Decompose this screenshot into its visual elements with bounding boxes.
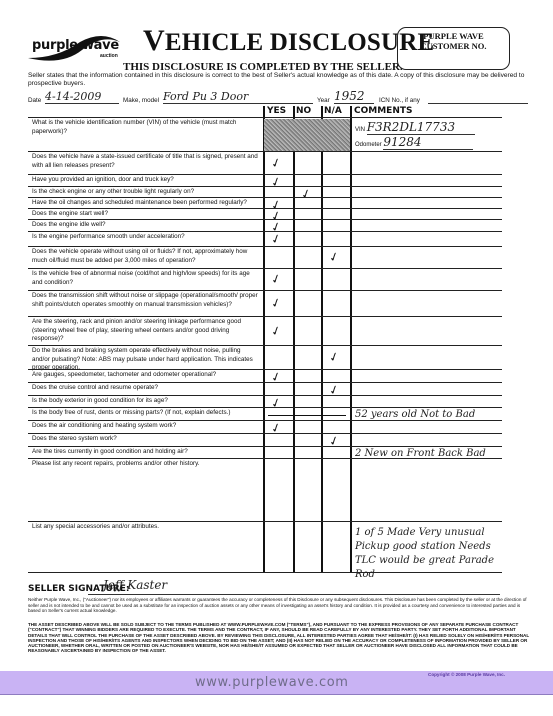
question-text: What is the vehicle identification numbe… bbox=[32, 119, 260, 136]
check-mark-icon[interactable]: ✓ bbox=[269, 295, 283, 311]
question-text: Have the oil changes and scheduled maint… bbox=[32, 199, 260, 208]
purple-wave-logo: purple wave auction bbox=[22, 28, 122, 64]
make-model-field[interactable]: Ford Pu 3 Door bbox=[163, 90, 313, 104]
table-row: Please list any recent repairs, problems… bbox=[28, 458, 502, 522]
table-row: Does the vehicle have a state-issued cer… bbox=[28, 151, 502, 175]
check-mark-icon[interactable]: ✓ bbox=[269, 322, 283, 338]
strike-line bbox=[268, 415, 346, 416]
disclaimer-text: Neither Purple Wave, Inc., ("Auctioneer"… bbox=[28, 597, 533, 614]
copyright-text: Copyright © 2008 Purple Wave, Inc. bbox=[428, 672, 505, 677]
header-no: NO bbox=[296, 106, 311, 116]
question-text: Is the body free of rust, dents or missi… bbox=[32, 409, 260, 418]
table-row: Is the body free of rust, dents or missi… bbox=[28, 407, 502, 421]
question-text: List any special accessories and/or attr… bbox=[32, 523, 260, 532]
customer-number-box[interactable]: PURPLE WAVECUSTOMER NO. bbox=[397, 27, 510, 70]
question-text: Please list any recent repairs, problems… bbox=[32, 460, 260, 469]
header-yes: YES bbox=[267, 106, 286, 116]
header-na: N/A bbox=[324, 106, 342, 116]
question-text: Are gauges, speedometer, tachometer and … bbox=[32, 371, 260, 380]
question-text: Are the tires currently in good conditio… bbox=[32, 448, 260, 457]
question-text: Are the steering, rack and pinion and/or… bbox=[32, 318, 260, 344]
table-row: Does the air conditioning and heating sy… bbox=[28, 420, 502, 434]
header-comments: COMMENTS bbox=[354, 106, 412, 116]
table-row: Is the engine performance smooth under a… bbox=[28, 231, 502, 247]
icn-label: ICN No., if any bbox=[379, 97, 420, 104]
comment-field[interactable]: 1 of 5 Made Very unusual Pickup good sta… bbox=[355, 526, 505, 582]
question-text: Does the transmission shift without nois… bbox=[32, 292, 260, 309]
odometer-field[interactable]: 91284 bbox=[383, 135, 473, 150]
question-text: Does the stereo system work? bbox=[32, 435, 260, 444]
table-row: Does the vehicle operate without using o… bbox=[28, 246, 502, 269]
question-text: Is the vehicle free of abnormal noise (c… bbox=[32, 270, 260, 287]
table-row: Does the transmission shift without nois… bbox=[28, 290, 502, 317]
date-label: Date bbox=[28, 97, 41, 104]
shaded-answer-cells bbox=[264, 119, 350, 151]
intro-statement: Seller states that the information conta… bbox=[28, 72, 533, 89]
vehicle-info-line: Date 4-14-2009 Make, model Ford Pu 3 Doo… bbox=[28, 93, 538, 106]
customer-box-label: PURPLE WAVECUSTOMER NO. bbox=[398, 31, 509, 51]
question-text: Does the engine start well? bbox=[32, 210, 260, 219]
vin-field[interactable]: F3R2DL17733 bbox=[367, 120, 475, 135]
vin-entry: VIN F3R2DL17733 bbox=[355, 120, 475, 135]
year-field[interactable]: 1952 bbox=[334, 89, 374, 104]
logo-subtext: auction bbox=[100, 53, 118, 59]
make-model-label: Make, model bbox=[123, 97, 159, 104]
page-title: VEHICLE DISCLOSURE bbox=[143, 24, 434, 58]
table-row: List any special accessories and/or attr… bbox=[28, 521, 502, 573]
year-label: Year bbox=[317, 97, 330, 104]
question-text: Does the vehicle operate without using o… bbox=[32, 248, 260, 265]
table-row: Do the brakes and braking system operate… bbox=[28, 345, 502, 370]
question-text: Does the vehicle have a state-issued cer… bbox=[32, 153, 260, 170]
icn-field[interactable] bbox=[428, 95, 528, 104]
question-text: Does the engine idle well? bbox=[32, 221, 260, 230]
check-mark-icon[interactable]: ✓ bbox=[269, 271, 283, 287]
terms-text: The asset described above will be sold s… bbox=[28, 622, 533, 654]
seller-signature-field[interactable]: Jeff Kaster bbox=[103, 578, 167, 592]
table-row: Does the cruise control and resume opera… bbox=[28, 382, 502, 396]
question-text: Is the engine performance smooth under a… bbox=[32, 233, 260, 242]
question-text: Is the body exterior in good condition f… bbox=[32, 397, 260, 406]
question-text: Is the check engine or any other trouble… bbox=[32, 188, 260, 197]
logo-text: purple wave bbox=[32, 38, 119, 53]
check-mark-icon[interactable]: ✓ bbox=[269, 154, 283, 170]
footer-url[interactable]: www.purplewave.com bbox=[195, 675, 349, 690]
check-mark-icon[interactable]: ✓ bbox=[327, 349, 341, 365]
question-text: Does the cruise control and resume opera… bbox=[32, 384, 260, 393]
date-field[interactable]: 4-14-2009 bbox=[45, 90, 119, 104]
question-text: Does the air conditioning and heating sy… bbox=[32, 422, 260, 431]
table-row: Is the vehicle free of abnormal noise (c… bbox=[28, 268, 502, 291]
question-text: Have you provided an ignition, door and … bbox=[32, 176, 260, 185]
table-row: Does the stereo system work?✓ bbox=[28, 433, 502, 447]
signature-line bbox=[88, 594, 500, 595]
table-row: What is the vehicle identification numbe… bbox=[28, 117, 502, 152]
check-mark-icon[interactable]: ✓ bbox=[327, 249, 341, 265]
check-mark-icon[interactable]: ✓ bbox=[269, 231, 283, 247]
odometer-entry: Odometer 91284 bbox=[355, 135, 473, 150]
table-row: Are the steering, rack and pinion and/or… bbox=[28, 316, 502, 346]
table-row: Are gauges, speedometer, tachometer and … bbox=[28, 369, 502, 383]
